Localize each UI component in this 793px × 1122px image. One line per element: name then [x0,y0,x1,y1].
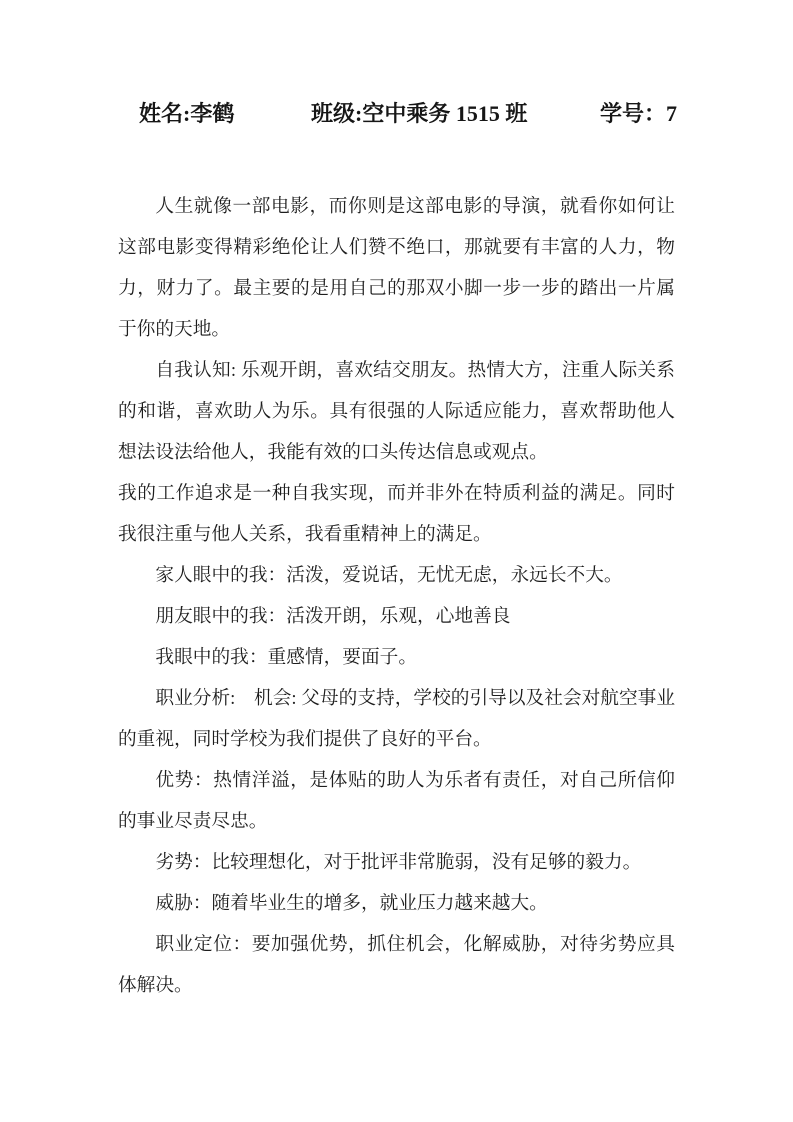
document-page: 姓名:李鹤 班级:空中乘务 1515 班 学号：7 人生就像一部电影，而你则是这… [0,0,793,1122]
self-cognition-paragraph: 自我认知: 乐观开朗，喜欢结交朋友。热情大方，注重人际关系的和谐，喜欢助人为乐。… [118,350,675,473]
document-body: 人生就像一部电影，而你则是这部电影的导演，就看你如何让这部电影变得精彩绝伦让人们… [118,186,675,1006]
student-name-label: 姓名:李鹤 [139,100,234,128]
strengths-paragraph: 优势：热情洋溢，是体贴的助人为乐者有责任，对自己所信仰的事业尽责尽忠。 [118,760,675,842]
work-pursuit-paragraph: 我的工作追求是一种自我实现，而并非外在特质利益的满足。同时我很注重与他人关系，我… [118,473,675,555]
career-analysis-paragraph: 职业分析: 机会: 父母的支持，学校的引导以及社会对航空事业的重视，同时学校为我… [118,678,675,760]
career-positioning-paragraph: 职业定位：要加强优势，抓住机会，化解威胁，对待劣势应具体解决。 [118,924,675,1006]
intro-paragraph: 人生就像一部电影，而你则是这部电影的导演，就看你如何让这部电影变得精彩绝伦让人们… [118,186,675,350]
weaknesses-paragraph: 劣势：比较理想化，对于批评非常脆弱，没有足够的毅力。 [118,842,675,883]
self-view-line: 我眼中的我：重感情，要面子。 [118,637,675,678]
student-class-label: 班级:空中乘务 1515 班 [311,100,527,128]
student-id-label: 学号：7 [600,100,677,128]
threats-paragraph: 威胁：随着毕业生的增多，就业压力越来越大。 [118,883,675,924]
friends-view-line: 朋友眼中的我：活泼开朗，乐观，心地善良 [118,596,675,637]
family-view-line: 家人眼中的我：活泼，爱说话，无忧无虑，永远长不大。 [118,555,675,596]
document-header: 姓名:李鹤 班级:空中乘务 1515 班 学号：7 [0,100,793,132]
